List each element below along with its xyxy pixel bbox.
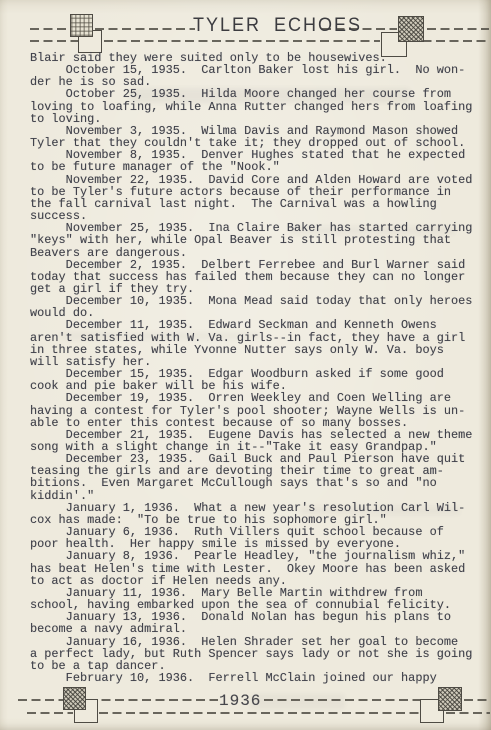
diary-entries-text: Blair said they were suited only to be h… [30,52,482,684]
header-dashed-rule-segment [95,28,195,30]
scanned-yearbook-page: TYLER ECHOES Blair said they were suited… [0,0,491,730]
footer-dashed-rule-segment [99,712,420,714]
hatched-square-ornament [70,14,93,37]
hatched-square-ornament [63,687,86,710]
footer-dashed-rule-segment [27,712,73,714]
footer-year: 1936 [219,692,261,710]
footer-dashed-rule-segment [446,712,490,714]
footer-dashed-rule-segment [264,699,438,701]
footer-dashed-rule-segment [464,699,490,701]
header-dashed-rule-segment [30,40,78,42]
header-dashed-rule-segment [104,40,380,42]
header-dashed-rule-segment [427,28,489,30]
footer-dashed-rule-segment [18,699,63,701]
hatched-square-ornament [438,687,462,711]
bleed-through-smudge [250,694,345,709]
header-dashed-rule-segment [30,28,70,30]
footer-dashed-rule-segment [88,699,218,701]
hatched-square-ornament [398,16,424,42]
page-title: TYLER ECHOES [193,14,362,36]
